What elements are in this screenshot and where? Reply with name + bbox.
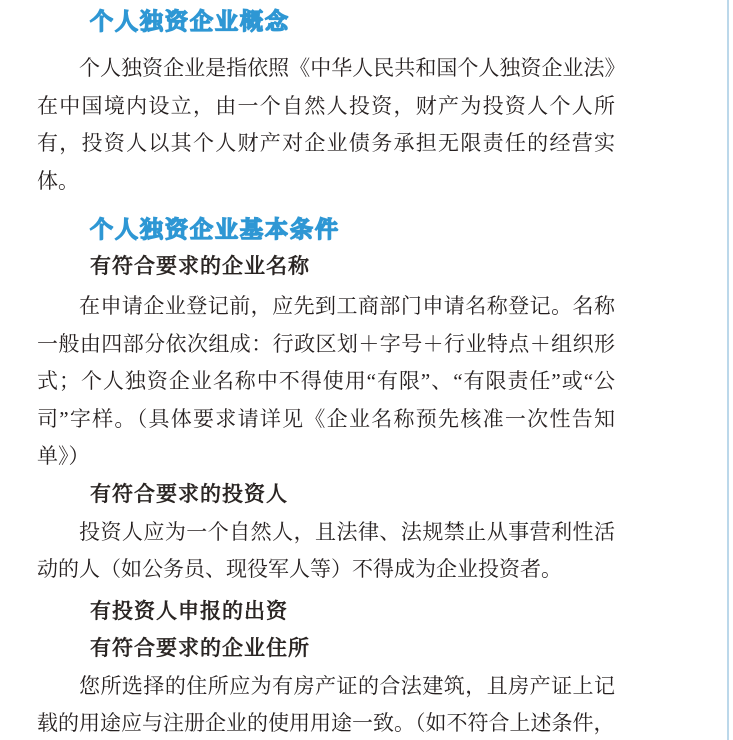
subheading-declared-capital: 有投资人申报的出资 [90, 597, 615, 627]
section-heading-concept: 个人独资企业概念 [90, 6, 615, 36]
paragraph-investor-requirements: 投资人应为一个自然人，且法律、法规禁止从事营利性活动的人（如公务员、现役军人等）… [37, 514, 615, 589]
page-edge-border [727, 0, 729, 740]
paragraph-domicile-requirements: 您所选择的住所应为有房产证的合法建筑，且房产证上记载的用途应与注册企业的使用用途… [37, 668, 615, 740]
paragraph-concept-definition: 个人独资企业是指依照《中华人民共和国个人独资企业法》在中国境内设立，由一个自然人… [37, 50, 615, 200]
document-page: 个人独资企业概念 个人独资企业是指依照《中华人民共和国个人独资企业法》在中国境内… [0, 0, 733, 740]
section-heading-basic-conditions: 个人独资企业基本条件 [90, 214, 615, 244]
text-column: 个人独资企业概念 个人独资企业是指依照《中华人民共和国个人独资企业法》在中国境内… [37, 6, 615, 740]
subheading-enterprise-name: 有符合要求的企业名称 [90, 252, 615, 282]
subheading-enterprise-domicile: 有符合要求的企业住所 [90, 634, 615, 664]
paragraph-name-registration: 在申请企业登记前，应先到工商部门申请名称登记。名称一般由四部分依次组成：行政区划… [37, 288, 615, 476]
subheading-qualified-investor: 有符合要求的投资人 [90, 480, 615, 510]
